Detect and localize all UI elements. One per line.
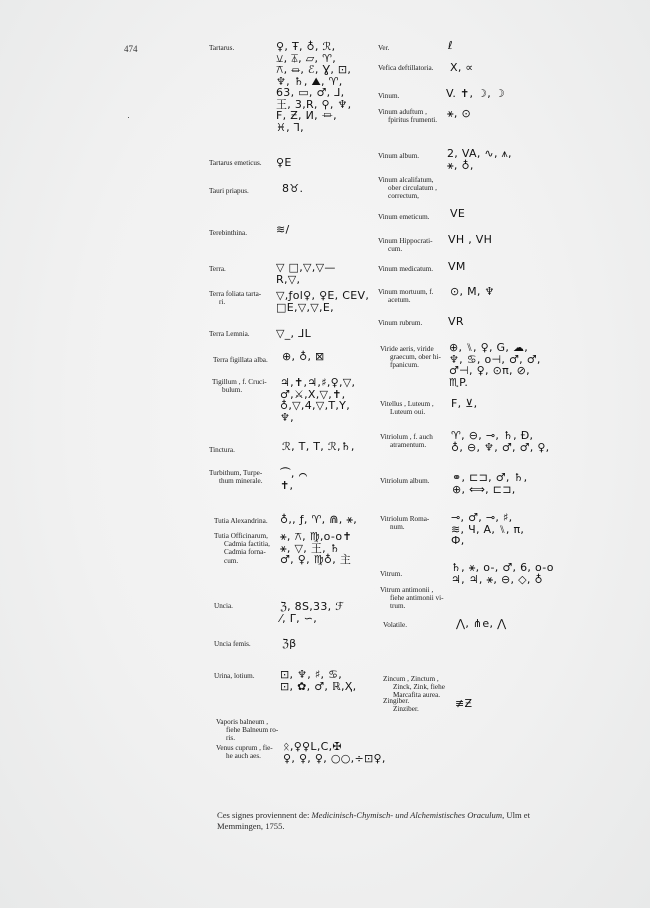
entry-label: Vinum Hippocrati-cum.	[378, 237, 432, 253]
entry-label: Terebinthina.	[209, 229, 247, 237]
entry-label: Vitrum.	[380, 570, 402, 578]
alchemical-symbols: ≢Ƶ	[455, 698, 472, 710]
entry-label: Vitriolum album.	[380, 477, 429, 485]
entry-label: Volatile.	[383, 621, 407, 629]
entry-label: Viride aeris, viridegraecum, ober hi-fpa…	[380, 345, 441, 370]
entry-label: Vinum.	[378, 92, 399, 100]
entry-label: Vitriolum Roma-num.	[380, 515, 429, 531]
alchemical-symbols: V. ✝, ☽, ☽	[446, 88, 505, 100]
entry-label: Uncia femis.	[214, 640, 251, 648]
entry-label: Vinum aduftum ,fpiritus frumenti.	[378, 108, 437, 124]
speck	[128, 117, 129, 118]
entry-label: Tauri priapus.	[209, 187, 249, 195]
alchemical-symbols: ▽ □,▽,▽— R,▽,	[276, 262, 336, 285]
alchemical-symbols: ▽,ƒol♀, ♀E, CEV, □E,▽,▽,E,	[276, 290, 369, 313]
source-caption: Ces signes proviennent de: Medicinisch-C…	[217, 810, 537, 831]
entry-label: Urina, lotium.	[214, 672, 255, 680]
entry-label: Vinum medicatum.	[378, 265, 433, 273]
entry-label: Vefica deftillatoria.	[378, 64, 433, 72]
alchemical-symbols: ⊙, M, ♆	[450, 286, 495, 298]
entry-label: Tutia Officinarum,Cadmia factitia,Cadmia…	[214, 532, 270, 565]
alchemical-symbols: ♄, ⚹, o-, ♂, 6, o-o ♃, ♃, ⚹, ⊖, ◇, ♁	[451, 562, 554, 585]
alchemical-symbols: F, ⊻,	[451, 398, 477, 410]
entry-label: Vinum rubrum.	[378, 319, 422, 327]
entry-label: Vaporis balneum ,fiehe Balneum ro-ris.	[216, 718, 278, 743]
entry-label: Ver.	[378, 44, 389, 52]
alchemical-symbols: ℛ, T, T, ℛ,♄,	[282, 441, 355, 453]
alchemical-symbols: ℨβ	[282, 638, 296, 650]
entry-label: Turbithum, Turpe-thum minerale.	[209, 469, 263, 485]
alchemical-symbols: ℨ, 8S,33, ℱ ⁄, Γ, ∽,	[280, 601, 344, 624]
entry-label: Tigillum , f. Cruci-bulum.	[212, 378, 267, 394]
entry-label: Vitrum antimonii ,fiehe antimonii vi-tru…	[380, 586, 444, 611]
alchemical-symbols: VH , VH	[448, 234, 492, 246]
entry-label: Zincum , Zinctum ,Zinck, Zink, fieheMarc…	[383, 675, 445, 700]
alchemical-symbols: ♃,✝,♃,♯,♀,▽, ♂,⚔,X,▽,✝, ♁,▽,4,▽,T,Y, ♆,	[280, 377, 355, 423]
alchemical-symbols: ♁,, ƒ, ♈, ⋒, ⚹,	[280, 514, 357, 526]
book-page: 474 Tartarus.♀, Ŧ, ♁, ℛ, ⚺, ⏄, ▱, ♈, ⚻, …	[0, 0, 650, 908]
alchemical-symbols: ⊕, ♁, ⊠	[282, 351, 325, 363]
alchemical-symbols: VE	[450, 208, 465, 220]
entry-label: Venus cuprum , fie-he auch aes.	[216, 744, 273, 760]
alchemical-symbols: ♀E	[276, 157, 292, 169]
entry-label: Uncia.	[214, 602, 233, 610]
alchemical-symbols: ⚭, ⊏⊐, ♂, ♄, ⊕, ⟺, ⊏⊐,	[452, 472, 527, 495]
alchemical-symbols: ⚹, ⊙	[447, 108, 471, 120]
entry-label: Vitellus , Luteum ,Luteum oui.	[380, 400, 434, 416]
alchemical-symbols: VM	[448, 261, 466, 273]
entry-label: Terra foliata tarta-ri.	[209, 290, 261, 306]
alchemical-symbols: ⋀, ⋔e, ⋀	[456, 618, 506, 630]
alchemical-symbols: 2, VA, ∿, ⩚, ⚹, ♁,	[447, 148, 512, 171]
alchemical-symbols: ⊕, ⑊, ♀, G, ☁, ♆, ♋, o⊣, ♂, ♂, ♂⊣, ♀, ⊙π…	[449, 342, 541, 388]
entry-label: Tinctura.	[209, 446, 235, 454]
alchemical-symbols: ⏜, ⌒ ✝,	[280, 468, 307, 491]
alchemical-symbols: ▽_, ⅃L	[276, 328, 311, 340]
alchemical-symbols: ⊸, ♂, ⊸, ♯, ≋, Ч, A, ⑊, π, Ф,	[451, 512, 524, 547]
alchemical-symbols: ≋/	[276, 224, 290, 236]
alchemical-symbols: ♈, ⊖, ⊸, ♄, Ð, ♁, ⊖, ♆, ♂, ♂, ♀,	[451, 430, 549, 453]
alchemical-symbols: 8♉.	[282, 183, 303, 195]
caption-title: Medicinisch-Chymisch- und Alchemistische…	[312, 810, 503, 820]
alchemical-symbols: ℓ	[448, 40, 453, 52]
alchemical-symbols: ᛟ,♀♀L,C,✠ ♀, ♀, ♀, ○○,÷⊡♀,	[283, 741, 386, 764]
entry-label: Tartarus emeticus.	[209, 159, 262, 167]
caption-prefix: Ces signes proviennent de:	[217, 810, 312, 820]
entry-label: Tutia Alexandrina.	[214, 517, 268, 525]
entry-label: Vinum emeticum.	[378, 213, 429, 221]
alchemical-symbols: ⊡, ♆, ♯, ♋, ⊡, ✿, ♂, ℝ,Ҳ,	[280, 669, 356, 692]
alchemical-symbols: VR	[448, 316, 464, 328]
entry-label: Tartarus.	[209, 44, 234, 52]
entry-label: Vinum album.	[378, 152, 419, 160]
entry-label: Vinum alcalifatum,ober circulatum ,corre…	[378, 176, 437, 201]
entry-label: Terra.	[209, 265, 226, 273]
entry-label: Terra figillata alba.	[213, 356, 268, 364]
alchemical-symbols: ♀, Ŧ, ♁, ℛ, ⚺, ⏄, ▱, ♈, ⚻, ⏛, ℰ, Ɣ, ⊡, ♆…	[276, 41, 351, 133]
alchemical-symbols: ⚹, ⚻, ♍,o-o✝ ⚹, ▽, 王, ♄ ♂, ♀, ♍♁, 主	[280, 531, 352, 566]
entry-label: Vinum mortuum, f.acetum.	[378, 288, 433, 304]
alchemical-symbols: X, ∝	[450, 62, 474, 74]
page-number: 474	[124, 44, 138, 54]
entry-label: Vitriolum , f. auchatramentum.	[380, 433, 433, 449]
entry-label: Terra Lemnia.	[209, 330, 250, 338]
entry-label: Zingiber.Zinziber.	[383, 697, 419, 713]
